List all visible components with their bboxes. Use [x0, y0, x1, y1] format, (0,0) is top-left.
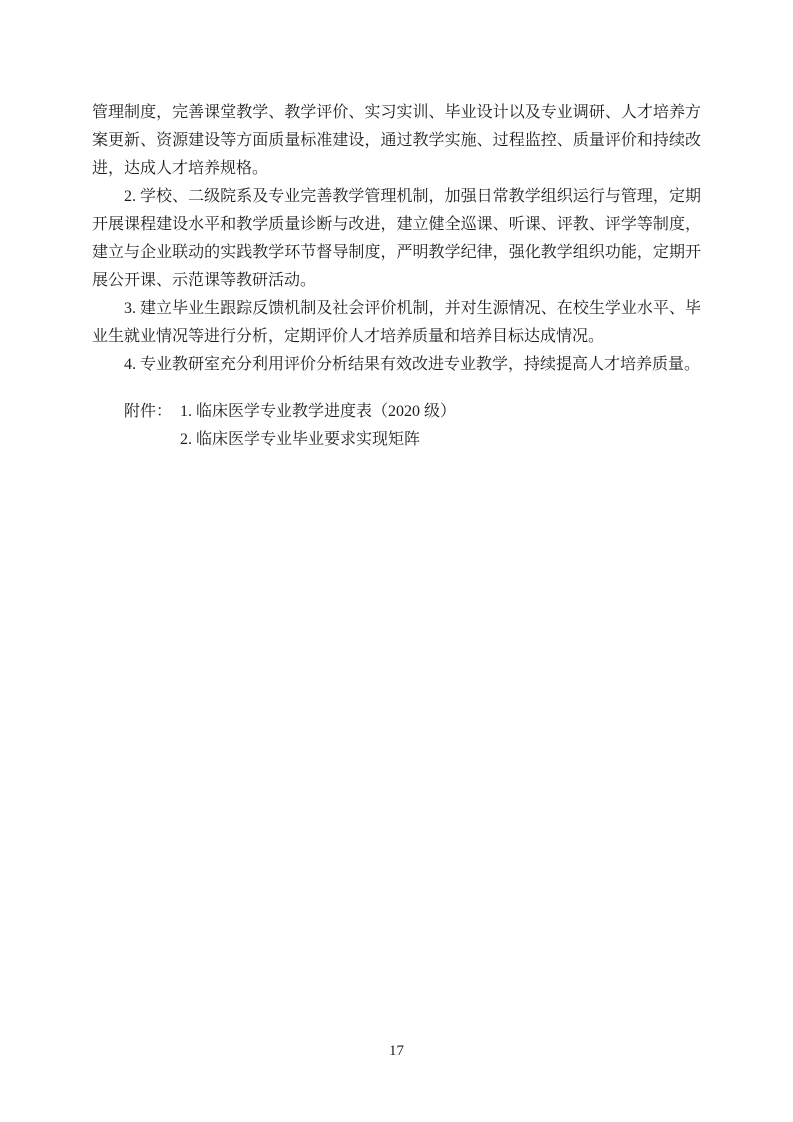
document-body: 管理制度，完善课堂教学、教学评价、实习实训、毕业设计以及专业调研、人才培养方案更…	[92, 99, 701, 379]
document-page: 管理制度，完善课堂教学、教学评价、实习实训、毕业设计以及专业调研、人才培养方案更…	[0, 0, 793, 1122]
attachment-item-2: 2. 临床医学专业毕业要求实现矩阵	[180, 426, 456, 454]
attachment-label: 附件：	[124, 398, 172, 426]
attachment-item-1: 1. 临床医学专业教学进度表（2020 级）	[180, 398, 456, 426]
page-number: 17	[0, 1041, 793, 1061]
attachment-section: 附件： 1. 临床医学专业教学进度表（2020 级） 2. 临床医学专业毕业要求…	[92, 398, 701, 454]
paragraph-continuation: 管理制度，完善课堂教学、教学评价、实习实训、毕业设计以及专业调研、人才培养方案更…	[92, 99, 701, 183]
paragraph-item-4: 4. 专业教研室充分利用评价分析结果有效改进专业教学，持续提高人才培养质量。	[92, 351, 701, 379]
paragraph-item-2: 2. 学校、二级院系及专业完善教学管理机制，加强日常教学组织运行与管理，定期开展…	[92, 183, 701, 295]
paragraph-item-3: 3. 建立毕业生跟踪反馈机制及社会评价机制，并对生源情况、在校生学业水平、毕业生…	[92, 295, 701, 351]
attachment-items: 1. 临床医学专业教学进度表（2020 级） 2. 临床医学专业毕业要求实现矩阵	[180, 398, 456, 454]
